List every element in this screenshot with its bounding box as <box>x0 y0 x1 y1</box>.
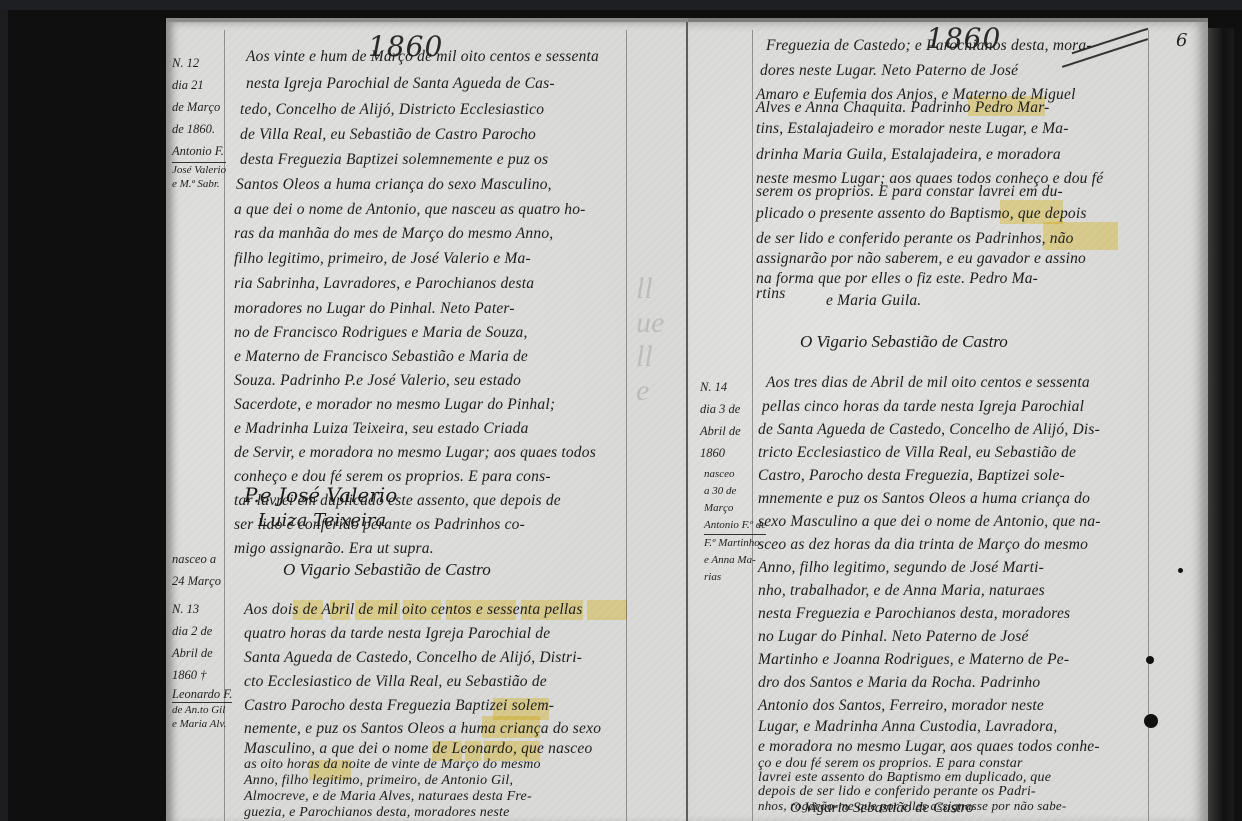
highlight-pellas[interactable] <box>587 600 627 620</box>
birth-date-margin-note: nasceo a 24 Março <box>172 548 221 592</box>
book-edge <box>1208 28 1234 821</box>
signature-godfather: P.e José Valerio <box>244 483 397 507</box>
ink-blot <box>1178 568 1183 573</box>
right-margin-rule <box>1148 30 1149 821</box>
right-margin-rule <box>626 30 627 821</box>
page-number: 6 <box>1176 30 1187 51</box>
entry-margin-note: N. 13 dia 2 de Abril de 1860 † Leonardo … <box>172 598 232 731</box>
entry-margin-note: N. 12 dia 21 de Março de 1860. Antonio F… <box>172 52 226 191</box>
vicar-signature: O Vigario Sebastião de Castro <box>283 560 491 580</box>
ink-blot <box>1146 656 1154 664</box>
entry-margin-note: N. 14 dia 3 de Abril de 1860 <box>700 376 741 464</box>
margin-rule <box>752 30 753 821</box>
birth-margin-note: nasceo a 30 de Março Antonio F.º de F.º … <box>704 466 766 586</box>
ink-blot <box>1144 714 1158 728</box>
signature-godmother: Luiza Teixeira <box>258 510 386 531</box>
vicar-signature: O Vigario Sebastião de Castro <box>800 332 1008 352</box>
vicar-signature: O Vigario Sebastião de Castro <box>790 800 973 817</box>
viewer-top-bar <box>0 0 1242 10</box>
bleed-through-text: lluelle <box>636 272 664 408</box>
